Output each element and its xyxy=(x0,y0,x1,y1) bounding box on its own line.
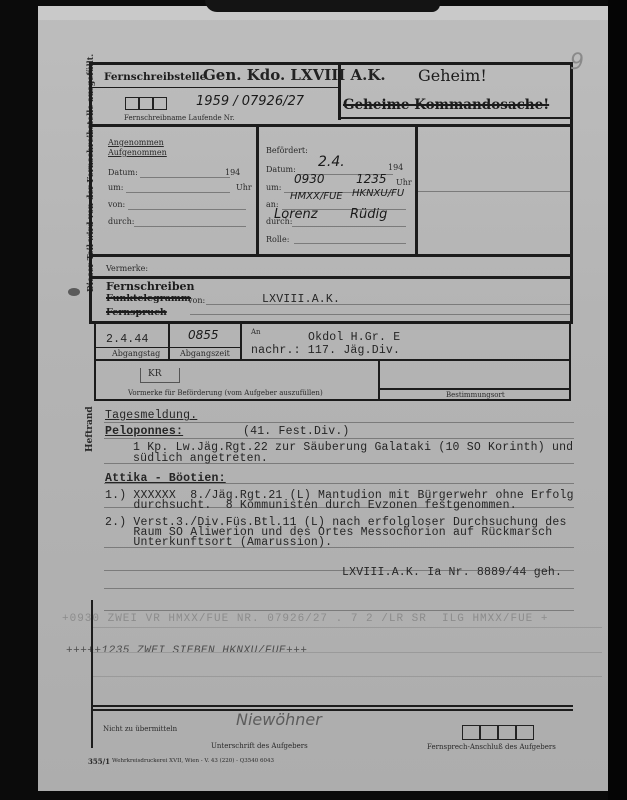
message-title: Tagesmeldung. xyxy=(105,409,197,422)
remarks-top-rule xyxy=(92,254,572,257)
rule xyxy=(104,438,574,439)
received-divider xyxy=(256,124,259,255)
received-from-label: von: xyxy=(108,200,125,209)
sender-signature: Niewöhner xyxy=(236,710,322,729)
station-label: Fernschreibstelle xyxy=(104,71,206,83)
message-type-radio-struck: Funktelegramm xyxy=(106,293,191,304)
received-time-suffix: Uhr xyxy=(236,183,252,192)
forwarded-role-label: Rolle: xyxy=(266,235,289,244)
received-time-label: um: xyxy=(108,183,123,192)
body-line: durchsucht. 8 Kommunisten durch Evzonen … xyxy=(105,499,517,512)
serial-number-value: 1959 / 07926/27 xyxy=(196,94,304,109)
received-date-line xyxy=(140,177,230,178)
dispatch-cc-value: nachr.: 117. Jäg.Div. xyxy=(251,344,400,357)
remarks-bottom-rule xyxy=(92,276,572,279)
forwarded-year: 194 xyxy=(388,163,403,172)
forwarded-by-line xyxy=(292,226,406,227)
binding-edge-label: Heftrand xyxy=(85,406,95,452)
received-year: 194 xyxy=(225,168,240,177)
dispatch-time-value: 0855 xyxy=(188,328,219,342)
forwarded-time-value-1: 0930 xyxy=(294,172,325,186)
destination-divider xyxy=(378,359,380,401)
dispatch-to-value: Okdol H.Gr. E xyxy=(308,331,400,344)
free-cell-line xyxy=(418,191,570,192)
header-divider xyxy=(92,87,341,88)
forwarded-time-label: um: xyxy=(266,183,281,192)
signature-label: Unterschrift des Aufgebers xyxy=(211,742,308,750)
serial-number-label: Fernschreibname Laufende Nr. xyxy=(124,114,235,122)
section-heading-peloponnes: Peloponnes: xyxy=(105,425,183,438)
remarks-label: Vermerke: xyxy=(106,264,148,273)
rule xyxy=(104,422,574,423)
phone-box-1 xyxy=(462,725,480,740)
message-type-phone-struck: Fernspruch xyxy=(106,307,167,318)
received-date-label: Datum: xyxy=(108,168,138,177)
dispatch-date-value: 2.4.44 xyxy=(106,333,149,346)
forwarded-role-line xyxy=(294,243,406,244)
print-info: Wehrkreisdruckerei XVII, Wien - V. 43 (2… xyxy=(112,758,274,764)
classification-struck: Geheime Kommandosache! xyxy=(343,97,549,113)
teleprinter-name-box-1 xyxy=(125,97,139,110)
received-title-1: Angenommen xyxy=(108,138,164,147)
message-from-line-2 xyxy=(190,314,570,315)
section-heading-attika: Attika - Böotien: xyxy=(105,472,226,485)
forwarded-date-value: 2.4. xyxy=(318,154,345,170)
rule xyxy=(104,610,574,611)
received-time-line xyxy=(126,192,230,193)
punch-hole xyxy=(68,288,80,296)
rule xyxy=(92,652,602,653)
dispatch-to-label: An xyxy=(251,328,261,336)
classification-divider xyxy=(341,117,573,119)
forwarded-time-value-2: 1235 xyxy=(356,172,387,186)
rule xyxy=(104,588,574,589)
received-from-line xyxy=(128,209,246,210)
message-type-teleprinter: Fernschreiben xyxy=(106,280,195,293)
body-line: Unterkunftsort (Amarussion). xyxy=(105,536,332,549)
footer-double-rule-2 xyxy=(93,709,573,711)
received-by-line xyxy=(134,226,246,227)
forwarded-title: Befördert: xyxy=(266,146,308,155)
forwarded-by-value-2: Rüdig xyxy=(350,207,387,222)
forwarded-to-value-1: HMXX/FUE xyxy=(290,191,343,202)
forwarded-time-suffix: Uhr xyxy=(396,178,412,187)
dispatch-label-rule xyxy=(96,347,240,348)
rule xyxy=(92,627,602,628)
received-by-label: durch: xyxy=(108,217,134,226)
reference-signature-line: LXVIII.A.K. Ia Nr. 8889/44 geh. xyxy=(342,566,562,579)
dispatch-row-rule xyxy=(96,359,570,361)
phone-box-2 xyxy=(480,725,498,740)
not-transmit-label: Nicht zu übermitteln xyxy=(103,725,177,733)
phone-box-3 xyxy=(498,725,516,740)
dispatch-date-label: Abgangstag xyxy=(112,349,160,358)
message-from-line xyxy=(206,304,570,305)
station-value: Gen. Kdo. LXVIII A.K. xyxy=(203,66,386,84)
forwarded-date-label: Datum: xyxy=(266,165,296,174)
teleprinter-strip-line-2: +++++1235 ZWEI SIEBEN HKNXU/FUE+++ xyxy=(66,645,307,657)
dispatch-divider-2 xyxy=(240,322,242,360)
phone-label: Fernsprech-Anschluß des Aufgebers xyxy=(427,743,556,751)
forwarding-label: Vormerke für Beförderung (vom Aufgeber a… xyxy=(128,389,323,397)
received-title-2: Aufgenommen xyxy=(108,148,167,157)
teleprinter-name-box-2 xyxy=(139,97,153,110)
footer-left-border xyxy=(91,600,93,748)
dispatch-time-label: Abgangszeit xyxy=(180,349,230,358)
received-top-rule xyxy=(92,124,572,127)
destination-label: Bestimmungsort xyxy=(446,391,505,399)
teleprinter-name-box-3 xyxy=(153,97,167,110)
form-number: 355/1 xyxy=(88,757,110,766)
body-line: südlich angetreten. xyxy=(133,452,268,465)
forwarding-stamp: KR xyxy=(148,369,162,379)
teleprinter-strip-line-1: +0930 ZWEI VR HMXX/FUE NR. 07926/27 . 7 … xyxy=(62,613,548,625)
forwarded-by-value-1: Lorenz xyxy=(274,207,318,222)
rule xyxy=(92,676,602,677)
forwarded-to-value-2: HKNXU/FU xyxy=(352,188,404,199)
destination-rule xyxy=(380,388,570,390)
page-mark: 9 xyxy=(570,50,584,75)
scan-border xyxy=(608,0,627,800)
classification-label: Geheim! xyxy=(418,66,487,85)
forwarded-divider xyxy=(415,124,418,255)
message-from-label: von: xyxy=(188,296,205,305)
footer-double-rule-1 xyxy=(93,705,573,707)
dispatch-divider-1 xyxy=(168,322,170,360)
section-unit-peloponnes: (41. Fest.Div.) xyxy=(243,425,350,438)
phone-box-4 xyxy=(516,725,534,740)
binder-clip xyxy=(205,0,440,12)
